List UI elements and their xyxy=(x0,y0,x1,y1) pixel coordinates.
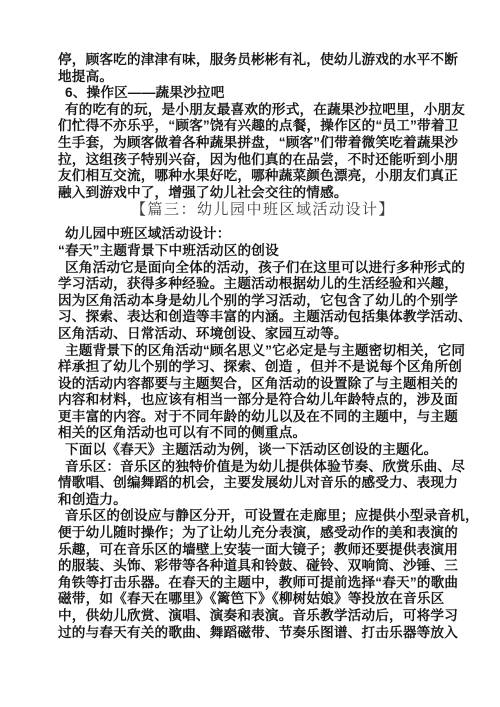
text-line: 设的活动内容都要与主题契合，区角活动的设置除了与主题相关的 xyxy=(58,376,468,393)
text-line: 角铁等打击乐器。在春天的主题中，教师可提前选择“春天”的歌曲 xyxy=(58,575,468,592)
document-page: 停，顾客吃的津津有味，服务员彬彬有礼，使幼儿游戏的水平不断地提高。6、操作区——… xyxy=(0,0,500,707)
text-line: 学习活动，获得多种经验。主题活动根据幼儿的生活经验和兴趣， xyxy=(58,276,468,293)
text-line: 情歌唱、创编舞蹈的机会，主要发展幼儿对音乐的感受力、表现力 xyxy=(58,475,468,492)
text-line: 停，顾客吃的津津有味，服务员彬彬有礼，使幼儿游戏的水平不断 xyxy=(58,52,468,69)
text-line: 主题背景下的区角活动“顾名思义”它必定是与主题密切相关，它同 xyxy=(58,343,468,360)
text-line: 区角活动它是面向全体的活动，孩子们在这里可以进行多种形式的 xyxy=(58,260,468,277)
text-line: 便于幼儿随时操作；为了让幼儿充分表演，感受动作的美和表演的 xyxy=(58,525,468,542)
text-line: 相关的区角活动也可以有不同的侧重点。 xyxy=(58,425,468,442)
text-line: 生手套，为顾客做着各种蔬果拼盘，“顾客”们带着微笑吃着蔬果沙 xyxy=(58,135,468,152)
text-line: 6、操作区——蔬果沙拉吧 xyxy=(58,85,468,102)
text-line: 下面以《春天》主题活动为例，谈一下活动区创设的主题化。 xyxy=(58,442,468,459)
text-line: 的服装、头饰、彩带等各种道具和铃鼓、碰铃、双响筒、沙锤、三 xyxy=(58,558,468,575)
text-line: 拉，这组孩子特别兴奋，因为他们真的在品尝，不时还能听到小朋 xyxy=(58,152,468,169)
text-line: 习、探索、表达和创造等丰富的内涵。主题活动包括集体教学活动、 xyxy=(58,309,468,326)
section-heading: 【篇三：幼儿园中班区域活动设计】 xyxy=(58,202,468,219)
text-line: 有的吃有的玩，是小朋友最喜欢的形式，在蔬果沙拉吧里，小朋友 xyxy=(58,102,468,119)
text-line: 地提高。 xyxy=(58,69,468,86)
text-line: 区角活动、日常活动、环境创设、家园互动等。 xyxy=(58,326,468,343)
document-content: 停，顾客吃的津津有味，服务员彬彬有礼，使幼儿游戏的水平不断地提高。6、操作区——… xyxy=(58,52,468,641)
text-line: 因为区角活动本身是幼儿个别的学习活动，它包含了幼儿的个别学 xyxy=(58,293,468,310)
text-line: 融入到游戏中了，增强了幼儿社会交往的情感。 xyxy=(58,185,468,202)
text-line: 过的与春天有关的歌曲、舞蹈磁带、节奏乐图谱、打击乐器等放入 xyxy=(58,625,468,642)
text-line: “春天”主题背景下中班活动区的创设 xyxy=(58,243,468,260)
text-line: 们忙得不亦乐乎，“顾客”饶有兴趣的点餐，操作区的“员工”带着卫 xyxy=(58,118,468,135)
text-line: 内容和材料，也应该有相当一部分是符合幼儿年龄特点的，涉及面 xyxy=(58,392,468,409)
text-line: 磁带，如《春天在哪里》《篱笆下》《柳树姑娘》等投放在音乐区 xyxy=(58,591,468,608)
text-line: 和创造力。 xyxy=(58,492,468,509)
text-line: 友们相互交流，哪种水果好吃，哪种蔬菜颜色漂亮，小朋友们真正 xyxy=(58,168,468,185)
text-line: 更丰富的内容。对于不同年龄的幼儿以及在不同的主题中，与主题 xyxy=(58,409,468,426)
text-line: 中，供幼儿欣赏、演唱、演奏和表演。音乐教学活动后，可将学习 xyxy=(58,608,468,625)
text-line: 音乐区：音乐区的独特价值是为幼儿提供体验节奏、欣赏乐曲、尽 xyxy=(58,459,468,476)
text-line: 音乐区的创设应与静区分开，可设置在走廊里；应提供小型录音机， xyxy=(58,508,468,525)
text-line: 乐趣，可在音乐区的墙壁上安装一面大镜子；教师还要提供表演用 xyxy=(58,542,468,559)
text-line: 样承担了幼儿个别的学习、探索、创造 ，但并不是说每个区角所创 xyxy=(58,359,468,376)
text-line: 幼儿园中班区域活动设计： xyxy=(58,226,468,243)
